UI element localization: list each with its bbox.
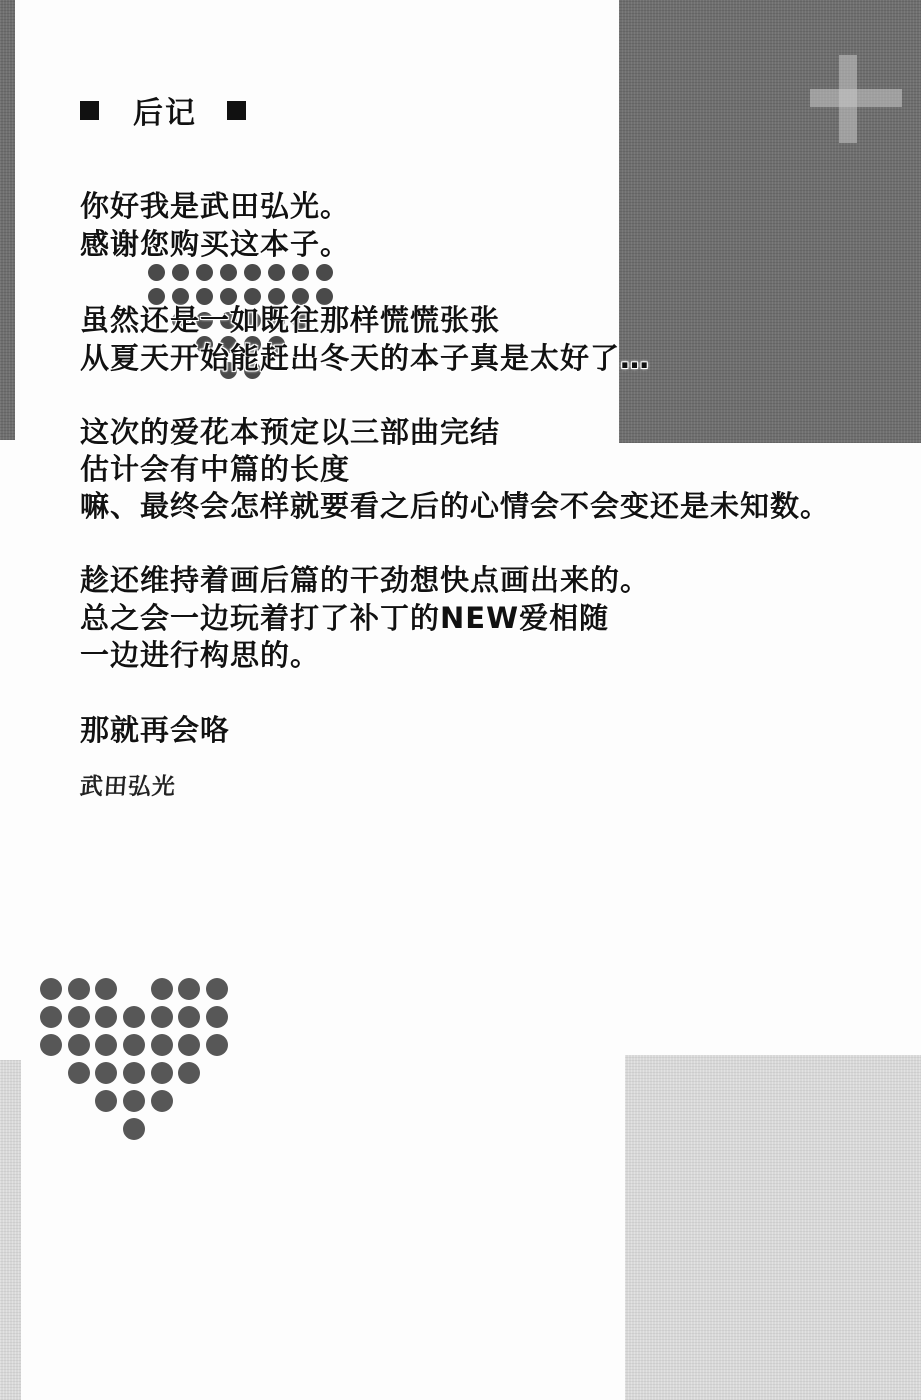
paragraph-line: 估计会有中篇的长度	[80, 447, 350, 488]
paragraph-line: 一边进行构思的。	[80, 633, 320, 674]
heading-title: 后记	[133, 88, 197, 132]
paragraph-line: 趁还维持着画后篇的干劲想快点画出来的。	[80, 558, 650, 599]
closing-line: 那就再会咯	[80, 708, 230, 749]
paragraph-line: 嘛、最终会怎样就要看之后的心情会不会变还是未知数。	[80, 484, 830, 525]
afterword-heading: 后记	[80, 90, 246, 130]
paragraph-line: 从夏天开始能赶出冬天的本子真是太好了…	[80, 336, 650, 377]
paragraph-line: 感谢您购买这本子。	[80, 222, 350, 263]
paragraph-line: 你好我是武田弘光。	[80, 184, 350, 225]
afterword-content: 后记 你好我是武田弘光。 感谢您购买这本子。 虽然还是一如既往那样慌慌张张 从夏…	[0, 0, 921, 1400]
square-bullet-icon	[227, 101, 246, 120]
paragraph-line: 这次的爱花本预定以三部曲完结	[80, 410, 500, 451]
paragraph-line: 总之会一边玩着打了补丁的NEW爱相随	[80, 596, 609, 637]
square-bullet-icon	[80, 101, 99, 120]
author-signature: 武田弘光	[79, 768, 177, 801]
paragraph-line: 虽然还是一如既往那样慌慌张张	[80, 298, 500, 339]
